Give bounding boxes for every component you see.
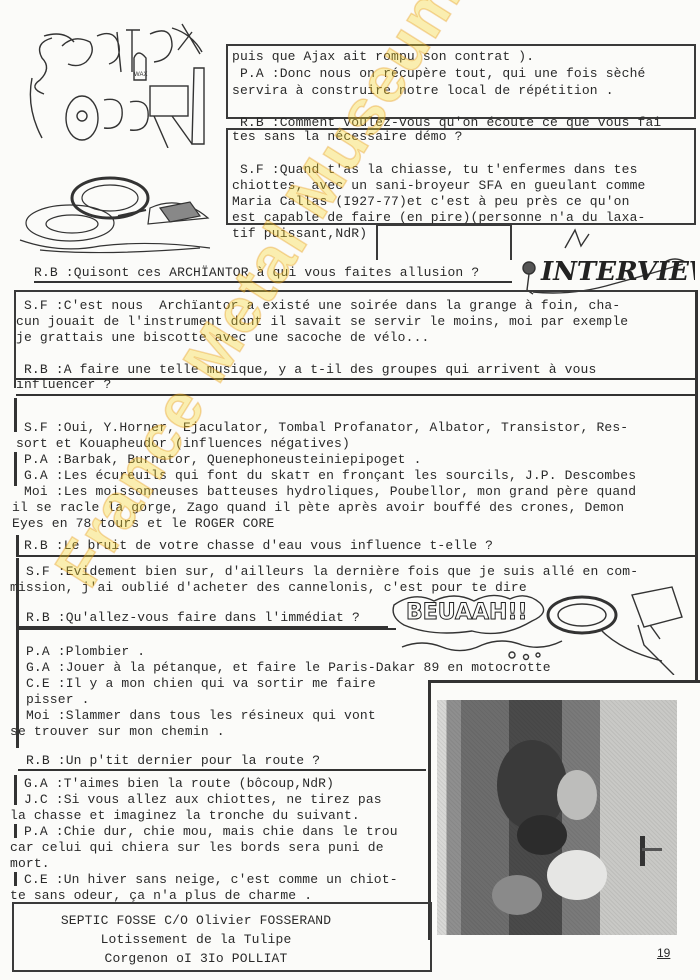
toilet-drawing: [10, 168, 230, 258]
divider: [18, 628, 396, 630]
text-line: Moi :Les moissonneuses batteuses hydroli…: [16, 484, 636, 500]
page-number: 19: [657, 946, 670, 960]
text-line: tes sans la nécessaire démo ?: [232, 129, 463, 145]
question-line: R.B :Quisont ces ARCHÏANTOR à qui vous f…: [34, 265, 479, 281]
text-line: J.C :Si vous allez aux chiottes, ne tire…: [16, 792, 382, 808]
address-line: Corgenon oI 3Io POLLIAT: [0, 951, 404, 967]
text-line: G.A :Jouer à la pétanque, et faire le Pa…: [18, 660, 551, 676]
underline: [16, 394, 696, 396]
underline: [34, 281, 512, 283]
question-line: R.B :Le bruit de votre chasse d'eau vous…: [16, 538, 493, 554]
text-line: S.F :Evidement bien sur, d'ailleurs la d…: [18, 564, 638, 580]
left-margin-bar: [16, 678, 19, 748]
text-line: S.F :Oui, Y.Horner, Ejaculator, Tombal P…: [16, 420, 628, 436]
inset-box: [376, 224, 512, 260]
photo-figure: [547, 850, 607, 900]
question-line: R.B :Un p'tit dernier pour la route ?: [18, 753, 320, 769]
text-line: P.A :Plombier .: [18, 644, 145, 660]
text-line: P.A :Donc nous on récupère tout, qui une…: [232, 66, 645, 82]
svg-text:WAX: WAX: [134, 72, 147, 78]
svg-text:BEUAAH!!: BEUAAH!!: [406, 600, 528, 625]
text-line: influencer ?: [16, 377, 111, 393]
text-line: P.A :Barbak, Burnator, Quenephoneusteini…: [16, 452, 422, 468]
text-line: il se racle la gorge, Zago quand il pète…: [12, 500, 624, 516]
text-line: pisser .: [18, 692, 90, 708]
text-line: cun jouait de l'instrument dont il savai…: [16, 314, 628, 330]
text-line: sort et Kouapheudor (influences négative…: [16, 436, 350, 452]
text-line: car celui qui chiera sur les bords sera …: [10, 840, 384, 856]
door-handle: [642, 848, 662, 851]
photo-figure: [557, 770, 597, 820]
underline: [18, 769, 426, 771]
text-line: G.A :T'aimes bien la route (bôcoup,NdR): [16, 776, 334, 792]
question-line: R.B :A faire une telle musique, y a t-il…: [16, 362, 596, 378]
band-photo: [437, 700, 677, 935]
text-line: G.A :Les écureuils qui font du skatт en …: [16, 468, 636, 484]
address-line: SEPTIC FOSSE C/O Olivier FOSSERAND: [0, 913, 404, 929]
door-handle: [640, 836, 645, 866]
text-line: Eyes en 78 tours et le ROGER CORE: [12, 516, 274, 532]
photo-figure: [492, 875, 542, 915]
text-line: Moi :Slammer dans tous les résineux qui …: [18, 708, 376, 724]
text-line: C.E :Un hiver sans neige, c'est comme un…: [16, 872, 398, 888]
underline: [16, 555, 696, 557]
text-line: P.A :Chie dur, chie mou, mais chie dans …: [16, 824, 398, 840]
text-line: mort.: [10, 856, 50, 872]
svg-text:INTERVIEW: INTERVIEW: [540, 257, 695, 287]
text-line: S.F :Quand t'as la chiasse, tu t'enferme…: [232, 162, 638, 178]
text-line: se trouver sur mon chemin .: [10, 724, 225, 740]
underline: [16, 378, 696, 380]
text-line: la chasse et imaginez la tronche du suiv…: [10, 808, 360, 824]
text-line: Maria Callas (I927-77)et c'est à peu prè…: [232, 194, 630, 210]
interview-logo: INTERVIEW: [515, 228, 695, 298]
text-line: puis que Ajax ait rompu son contrat ).: [232, 49, 534, 65]
text-line: C.E :Il y a mon chien qui va sortir me f…: [18, 676, 376, 692]
septic-fosse-logo: WAX: [22, 18, 222, 148]
text-line: chiottes, avec un sani-broyeur SFA en gu…: [232, 178, 645, 194]
text-line: tif puissant,NdR): [232, 226, 367, 242]
text-line: servira à construire notre local de répé…: [232, 83, 614, 99]
question-line: R.B :Qu'allez-vous faire dans l'immédiat…: [18, 610, 360, 626]
photo-figure: [517, 815, 567, 855]
address-line: Lotissement de la Tulipe: [0, 932, 404, 948]
address-box: SEPTIC FOSSE C/O Olivier FOSSERAND Lotis…: [12, 902, 432, 972]
text-line: S.F :C'est nous Archïantor a existé une …: [16, 298, 620, 314]
text-line: je grattais une biscotte avec une sacoch…: [16, 330, 429, 346]
